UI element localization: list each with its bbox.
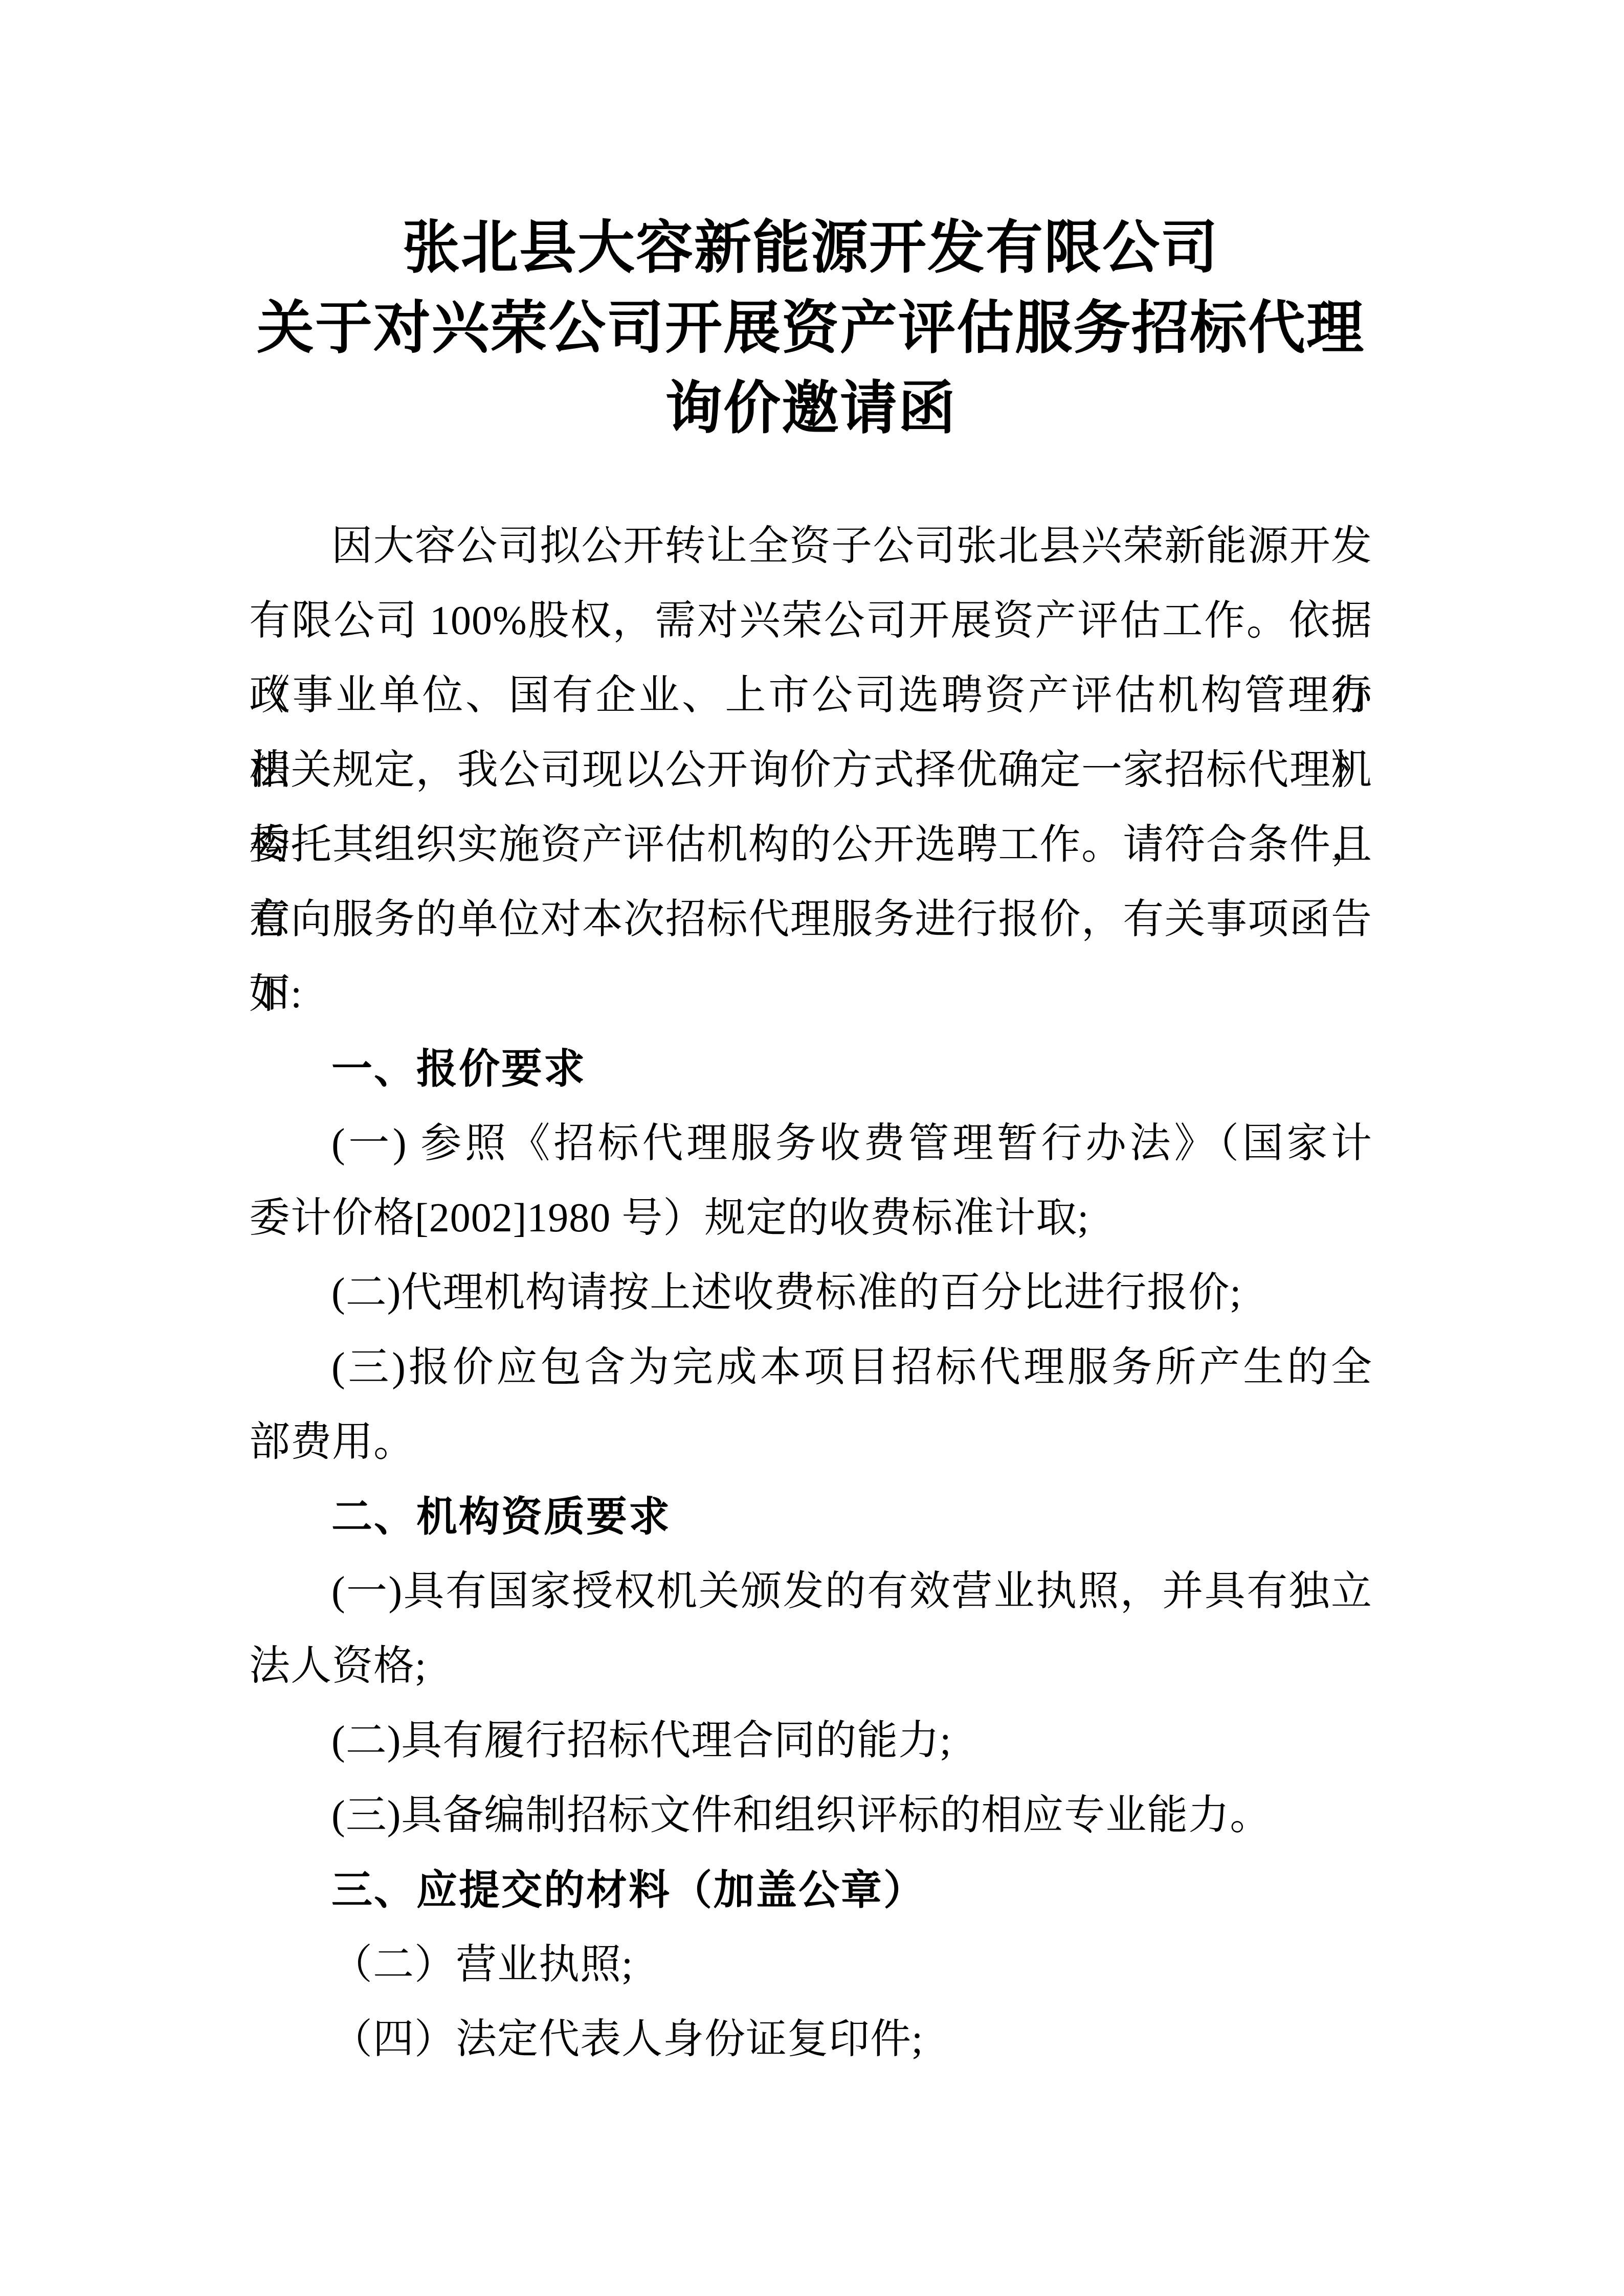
body-line-3: 政事业单位、国有企业、上市公司选聘资产评估机构管理办法》 [249,658,1372,733]
body-line-5: 委托其组织实施资产评估机构的公开选聘工作。请符合条件且有 [249,807,1372,882]
document-title: 张北县大容新能源开发有限公司 关于对兴荣公司开展资产评估服务招标代理 询价邀请函 [249,209,1372,449]
body-line-16: 法人资格; [249,1629,1372,1703]
body-line-11: (二)代理机构请按上述收费标准的百分比进行报价; [249,1255,1372,1330]
body-line-17: (二)具有履行招标代理合同的能力; [249,1703,1372,1778]
body-line-20: （二）营业执照; [249,1927,1372,2002]
body-line-6: 意向服务的单位对本次招标代理服务进行报价，有关事项函告如 [249,882,1372,957]
body-line-21: （四）法定代表人身份证复印件; [249,2002,1372,2077]
body-line-15: (一)具有国家授权机关颁发的有效营业执照，并具有独立 [249,1554,1372,1629]
body-line-7: 下: [249,957,1372,1031]
body-line-10: 委计价格[2002]1980 号）规定的收费标准计取; [249,1181,1372,1255]
section-heading-1: 一、报价要求 [249,1031,1372,1106]
body-line-13: 部费用。 [249,1405,1372,1479]
title-line-3: 询价邀请函 [249,369,1372,449]
body-line-12: (三)报价应包含为完成本项目招标代理服务所产生的全 [249,1330,1372,1405]
body-line-1: 因大容公司拟公开转让全资子公司张北县兴荣新能源开发 [249,509,1372,583]
body-line-4: 相关规定，我公司现以公开询价方式择优确定一家招标代理机构， [249,733,1372,807]
title-line-1: 张北县大容新能源开发有限公司 [249,209,1372,289]
section-heading-2: 二、机构资质要求 [249,1479,1372,1554]
body-line-9: (一) 参照《招标代理服务收费管理暂行办法》（国家计 [249,1106,1372,1181]
document-page: 张北县大容新能源开发有限公司 关于对兴荣公司开展资产评估服务招标代理 询价邀请函… [0,0,1624,2296]
body-line-18: (三)具备编制招标文件和组织评标的相应专业能力。 [249,1778,1372,1853]
title-line-2: 关于对兴荣公司开展资产评估服务招标代理 [249,289,1372,369]
document-body: 因大容公司拟公开转让全资子公司张北县兴荣新能源开发 有限公司 100%股权，需对… [249,509,1372,2077]
section-heading-3: 三、应提交的材料（加盖公章） [249,1853,1372,1927]
body-line-2: 有限公司 100%股权，需对兴荣公司开展资产评估工作。依据《行 [249,583,1372,658]
